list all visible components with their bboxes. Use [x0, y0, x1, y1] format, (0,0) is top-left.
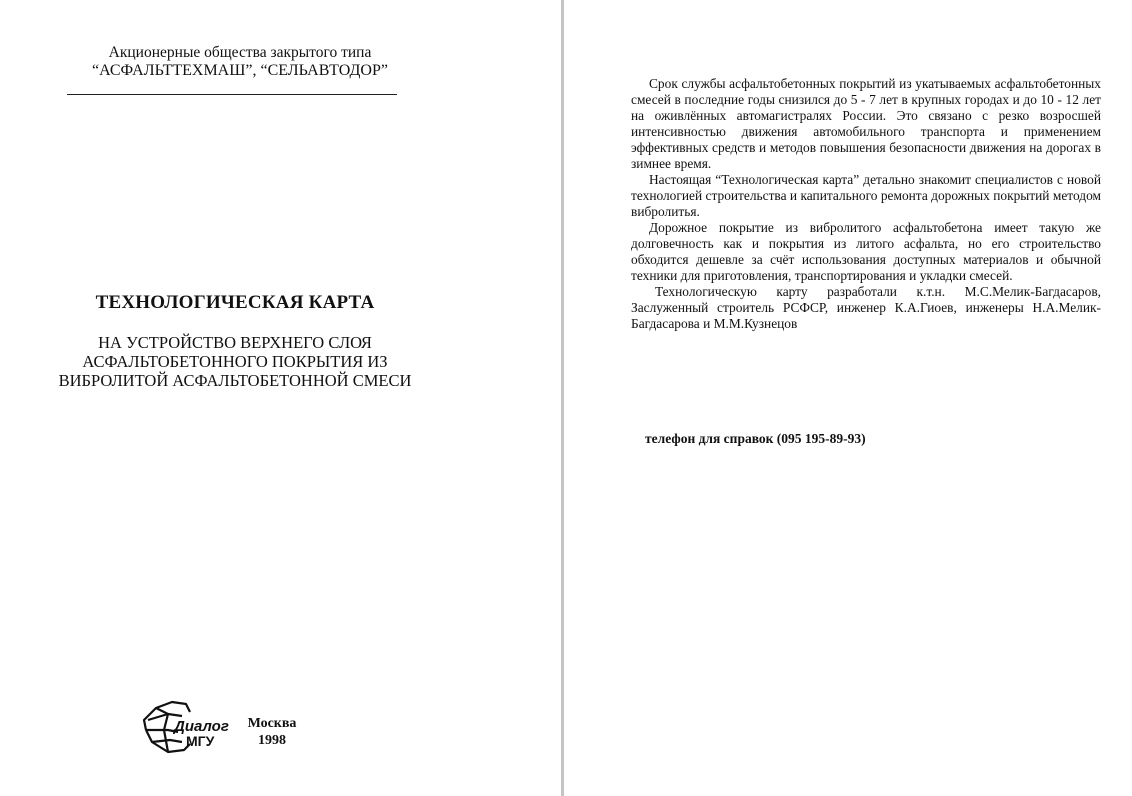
document-subtitle: НА УСТРОЙСТВО ВЕРХНЕГО СЛОЯ АСФАЛЬТОБЕТО… — [20, 333, 450, 390]
subtitle-line: АСФАЛЬТОБЕТОННОГО ПОКРЫТИЯ ИЗ — [20, 352, 450, 371]
subtitle-line: ВИБРОЛИТОЙ АСФАЛЬТОБЕТОННОЙ СМЕСИ — [20, 371, 450, 390]
header-rule — [67, 94, 397, 95]
paragraph-introduction: Настоящая “Технологическая карта” деталь… — [631, 172, 1101, 220]
paragraph-authors: Технологическую карту разработали к.т.н.… — [631, 284, 1101, 332]
publisher-line-1: Акционерные общества закрытого типа — [40, 44, 440, 62]
paragraph-durability: Дорожное покрытие из вибролитого асфальт… — [631, 220, 1101, 284]
publisher-block: Акционерные общества закрытого типа “АСФ… — [40, 44, 440, 80]
city: Москва — [232, 715, 312, 732]
document-title: ТЕХНОЛОГИЧЕСКАЯ КАРТА — [30, 292, 440, 314]
left-page: Акционерные общества закрытого типа “АСФ… — [0, 0, 561, 796]
svg-text:МГУ: МГУ — [186, 733, 215, 749]
paragraph-service-life: Срок службы асфальтобетонных покрытий из… — [631, 76, 1101, 172]
imprint: Москва 1998 — [232, 715, 312, 749]
reference-phone: телефон для справок (095 195-89-93) — [645, 431, 866, 447]
annotation-text: Срок службы асфальтобетонных покрытий из… — [631, 76, 1101, 332]
year: 1998 — [232, 732, 312, 749]
publisher-line-2: “АСФАЛЬТТЕХМАШ”, “СЕЛЬАВТОДОР” — [40, 62, 440, 80]
dialog-mgu-logo-icon: Диалог МГУ — [138, 694, 234, 756]
subtitle-line: НА УСТРОЙСТВО ВЕРХНЕГО СЛОЯ — [20, 333, 450, 352]
